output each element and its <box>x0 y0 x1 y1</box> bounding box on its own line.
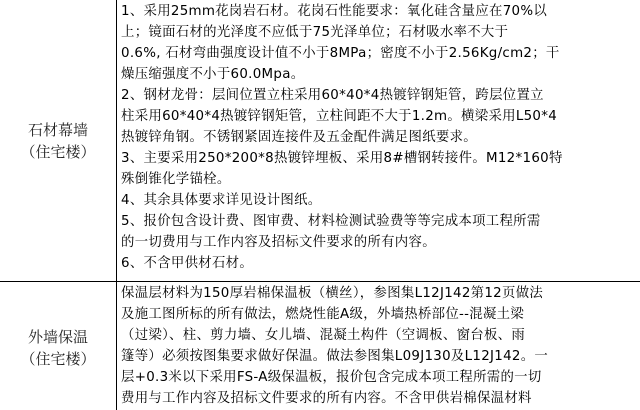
content-line: 保温层材料为150厚岩棉保温板（横丝），参图集L12J142第12页做法 <box>121 283 640 304</box>
row-content-cell: 1、采用25mm花岗岩石材。花岗石性能要求：氧化硅含量应在70%以 上；镜面石材… <box>117 0 640 282</box>
row-label-title: 石材幕墙 <box>0 119 116 141</box>
content-line: 殊倒锥化学锚栓。 <box>121 169 640 190</box>
content-line: 上；镜面石材的光泽度不应低于75光泽单位；石材吸水率不大于 <box>121 22 640 43</box>
table-row-exterior-insulation: 外墙保温 （住宅楼） 保温层材料为150厚岩棉保温板（横丝），参图集L12J14… <box>0 282 640 410</box>
content-line: 1、采用25mm花岗岩石材。花岗石性能要求：氧化硅含量应在70%以 <box>121 1 640 22</box>
content-line: 6、不含甲供材石材。 <box>121 253 640 274</box>
table-row-stone-curtain-wall: 石材幕墙 （住宅楼） 1、采用25mm花岗岩石材。花岗石性能要求：氧化硅含量应在… <box>0 0 640 282</box>
content-line: 柱采用60*40*4热镀锌钢矩管，立柱间距不大于1.2m。横梁采用L50*4 <box>121 106 640 127</box>
content-line: 篷等）必须按图集要求做好保温。做法参图集L09J130及L12J142。一 <box>121 346 640 367</box>
content-line: 0.6%, 石材弯曲强度设计值不小于8MPa；密度不小于2.56Kg/cm2；干 <box>121 43 640 64</box>
row-label-subtitle: （住宅楼） <box>0 348 116 370</box>
content-line: 3、主要采用250*200*8热镀锌埋板、采用8#槽钢转接件。M12*160特 <box>121 148 640 169</box>
row-label-cell: 石材幕墙 （住宅楼） <box>0 0 117 282</box>
content-line: （过梁）、柱、剪力墙、女儿墙、混凝土构件（空调板、窗台板、雨 <box>121 325 640 346</box>
row-label-subtitle: （住宅楼） <box>0 141 116 163</box>
content-line: 及施工图所标的所有做法，燃烧性能A级，外墙热桥部位--混凝土梁 <box>121 304 640 325</box>
content-line: 热镀锌角钢。不锈钢紧固连接件及五金配件满足图纸要求。 <box>121 127 640 148</box>
content-line: 2、钢材龙骨：层间位置立柱采用60*40*4热镀锌钢矩管，跨层位置立 <box>121 85 640 106</box>
row-label-cell: 外墙保温 （住宅楼） <box>0 282 117 410</box>
specification-table: 石材幕墙 （住宅楼） 1、采用25mm花岗岩石材。花岗石性能要求：氧化硅含量应在… <box>0 0 640 410</box>
content-line: 的一切费用与工作内容及招标文件要求的所有内容。 <box>121 232 640 253</box>
content-line: 4、其余具体要求详见设计图纸。 <box>121 190 640 211</box>
content-line: 费用与工作内容及招标文件要求的所有内容。不含甲供岩棉保温材料 <box>121 388 640 409</box>
row-label-title: 外墙保温 <box>0 326 116 348</box>
content-line: 层+0.3米以下采用FS-A级保温板，报价包含完成本项工程所需的一切 <box>121 367 640 388</box>
content-line: 燥压缩强度不小于60.0Mpa。 <box>121 64 640 85</box>
row-content-cell: 保温层材料为150厚岩棉保温板（横丝），参图集L12J142第12页做法 及施工… <box>117 282 640 410</box>
content-line: 5、报价包含设计费、图审费、材料检测试验费等等完成本项工程所需 <box>121 211 640 232</box>
